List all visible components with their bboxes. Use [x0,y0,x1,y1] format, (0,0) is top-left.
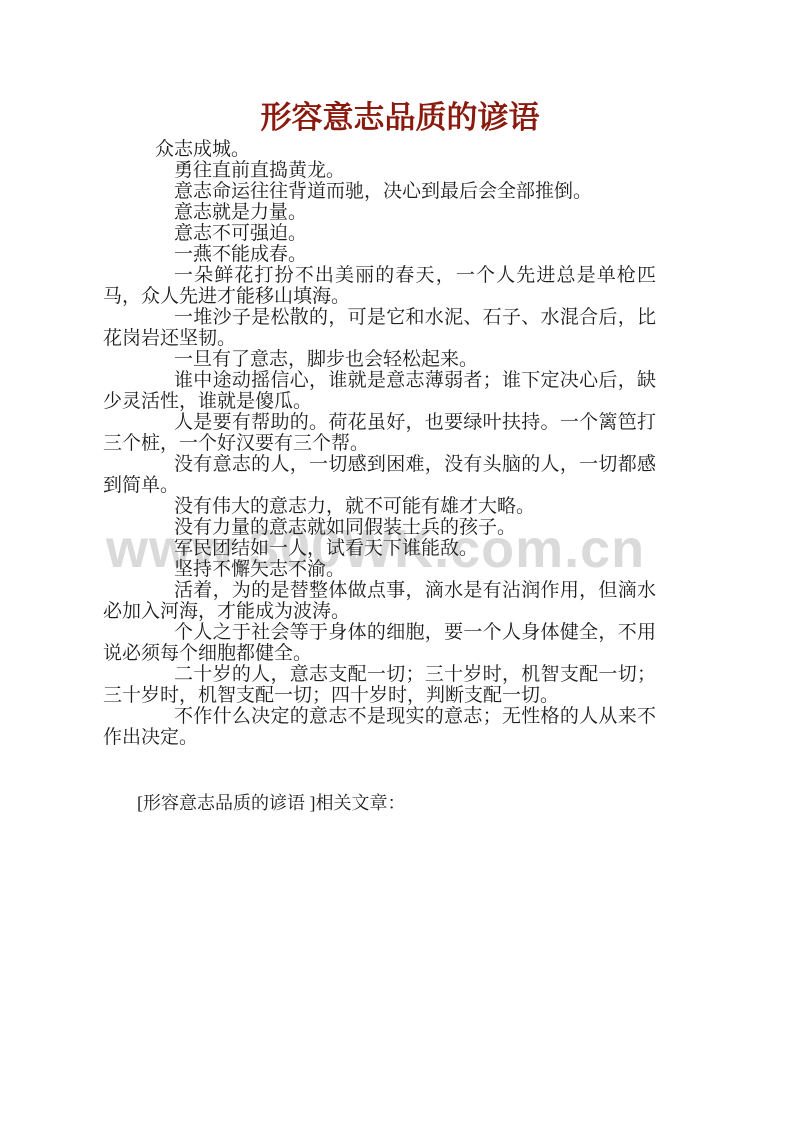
proverb-paragraph: 不作什么决定的意志不是现实的意志；无性格的人从来不作出决定。 [103,706,656,748]
document-page: 形容意志品质的谚语 www.300WK.com.cn 众志成城。 勇往直前直捣黄… [0,0,800,1132]
proverb-paragraph: 一旦有了意志，脚步也会轻松起来。 [103,349,656,370]
proverb-paragraph: 没有意志的人，一切感到困难，没有头脑的人，一切都感到简单。 [103,454,656,496]
proverb-paragraph: 意志命运往往背道而驰，决心到最后会全部推倒。 [103,181,656,202]
proverb-paragraph: 意志就是力量。 [103,202,656,223]
proverb-paragraph: 个人之于社会等于身体的细胞，要一个人身体健全，不用说必须每个细胞都健全。 [103,622,656,664]
document-body: 众志成城。 勇往直前直捣黄龙。 意志命运往往背道而驰，决心到最后会全部推倒。 意… [103,139,656,748]
proverb-paragraph: 众志成城。 [103,139,656,160]
proverb-paragraph: 一堆沙子是松散的，可是它和水泥、石子、水混合后，比花岗岩还坚韧。 [103,307,656,349]
proverb-paragraph: 人是要有帮助的。荷花虽好，也要绿叶扶持。一个篱笆打三个桩，一个好汉要有三个帮。 [103,412,656,454]
proverb-paragraph: 军民团结如一人，试看天下谁能敌。 [103,538,656,559]
proverb-paragraph: 意志不可强迫。 [103,223,656,244]
proverb-paragraph: 勇往直前直捣黄龙。 [103,160,656,181]
related-articles-label: [形容意志品质的谚语 ]相关文章： [137,792,406,814]
proverb-paragraph: 二十岁的人，意志支配一切；三十岁时，机智支配一切；三十岁时，机智支配一切；四十岁… [103,664,656,706]
proverb-paragraph: 一朵鲜花打扮不出美丽的春天，一个人先进总是单枪匹马，众人先进才能移山填海。 [103,265,656,307]
proverb-paragraph: 没有伟大的意志力，就不可能有雄才大略。 [103,496,656,517]
proverb-paragraph: 谁中途动摇信心，谁就是意志薄弱者；谁下定决心后，缺少灵活性，谁就是傻瓜。 [103,370,656,412]
proverb-paragraph: 坚持不懈矢志不渝。 [103,559,656,580]
proverb-paragraph: 没有力量的意志就如同假装士兵的孩子。 [103,517,656,538]
proverb-paragraph: 一燕不能成春。 [103,244,656,265]
proverb-paragraph: 活着，为的是替整体做点事，滴水是有沾润作用，但滴水必加入河海，才能成为波涛。 [103,580,656,622]
page-title: 形容意志品质的谚语 [0,92,800,137]
